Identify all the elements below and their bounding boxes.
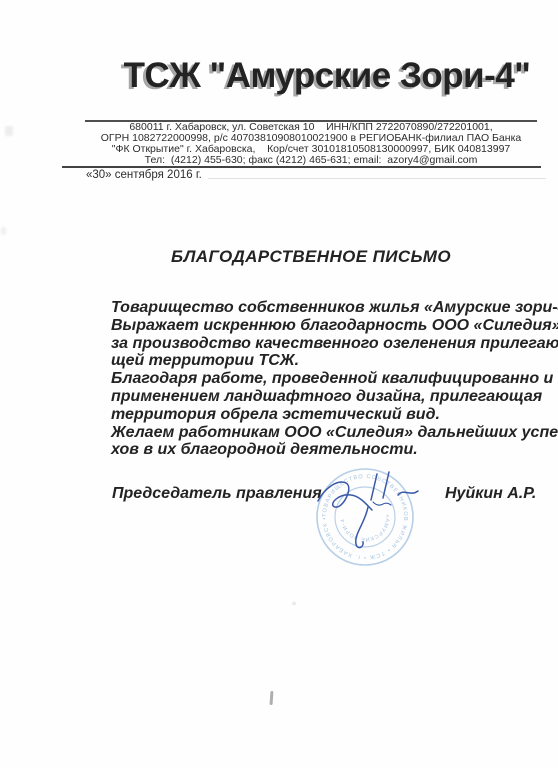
letterhead-address: 680011 г. Хабаровск, ул. Советская 10 ИН… <box>85 122 537 166</box>
letter-body: Товарищество собственников жилья «Амурск… <box>111 299 547 459</box>
address-line: Тел: (4212) 455-630; факс (4212) 465-631… <box>85 155 537 166</box>
stamp-inner-text: «АМУРСКИЕ ЗОРИ-4» <box>280 455 390 542</box>
scanned-letter-page: ТСЖ "Амурские Зори-4" 680011 г. Хабаровс… <box>0 0 558 768</box>
scan-artifact <box>1 227 6 235</box>
letter-title: БЛАГОДАРСТВЕННОЕ ПИСЬМО <box>85 247 537 267</box>
letter-date: «30» сентября 2016 г. <box>86 169 202 181</box>
date-ruled-line <box>208 178 546 179</box>
body-line: Товарищество собственников жилья «Амурск… <box>111 299 547 317</box>
scan-artifact <box>5 126 13 136</box>
body-line: применением ландшафтного дизайна, прилег… <box>111 388 547 406</box>
body-line: территория обрела эстетический вид. <box>111 406 547 424</box>
body-line: Желаем работникам ООО «Силедия» дальнейш… <box>111 424 547 442</box>
body-line: за производство качественного озеленения… <box>111 335 547 353</box>
body-line: Выражает искреннюю благодарность ООО «Си… <box>111 317 547 335</box>
scan-artifact <box>292 602 296 605</box>
letterhead-divider-bottom <box>62 166 541 168</box>
org-title: ТСЖ "Амурские Зори-4" <box>85 56 553 96</box>
scan-artifact <box>270 691 274 705</box>
body-line: Благодаря работе, проведенной квалифицир… <box>111 370 547 388</box>
body-line: щей территории ТСЖ. <box>111 352 547 370</box>
official-stamp: ТОВАРИЩЕСТВО СОБСТВЕННИКОВ ЖИЛЬЯ • ТСЖ •… <box>280 455 470 590</box>
